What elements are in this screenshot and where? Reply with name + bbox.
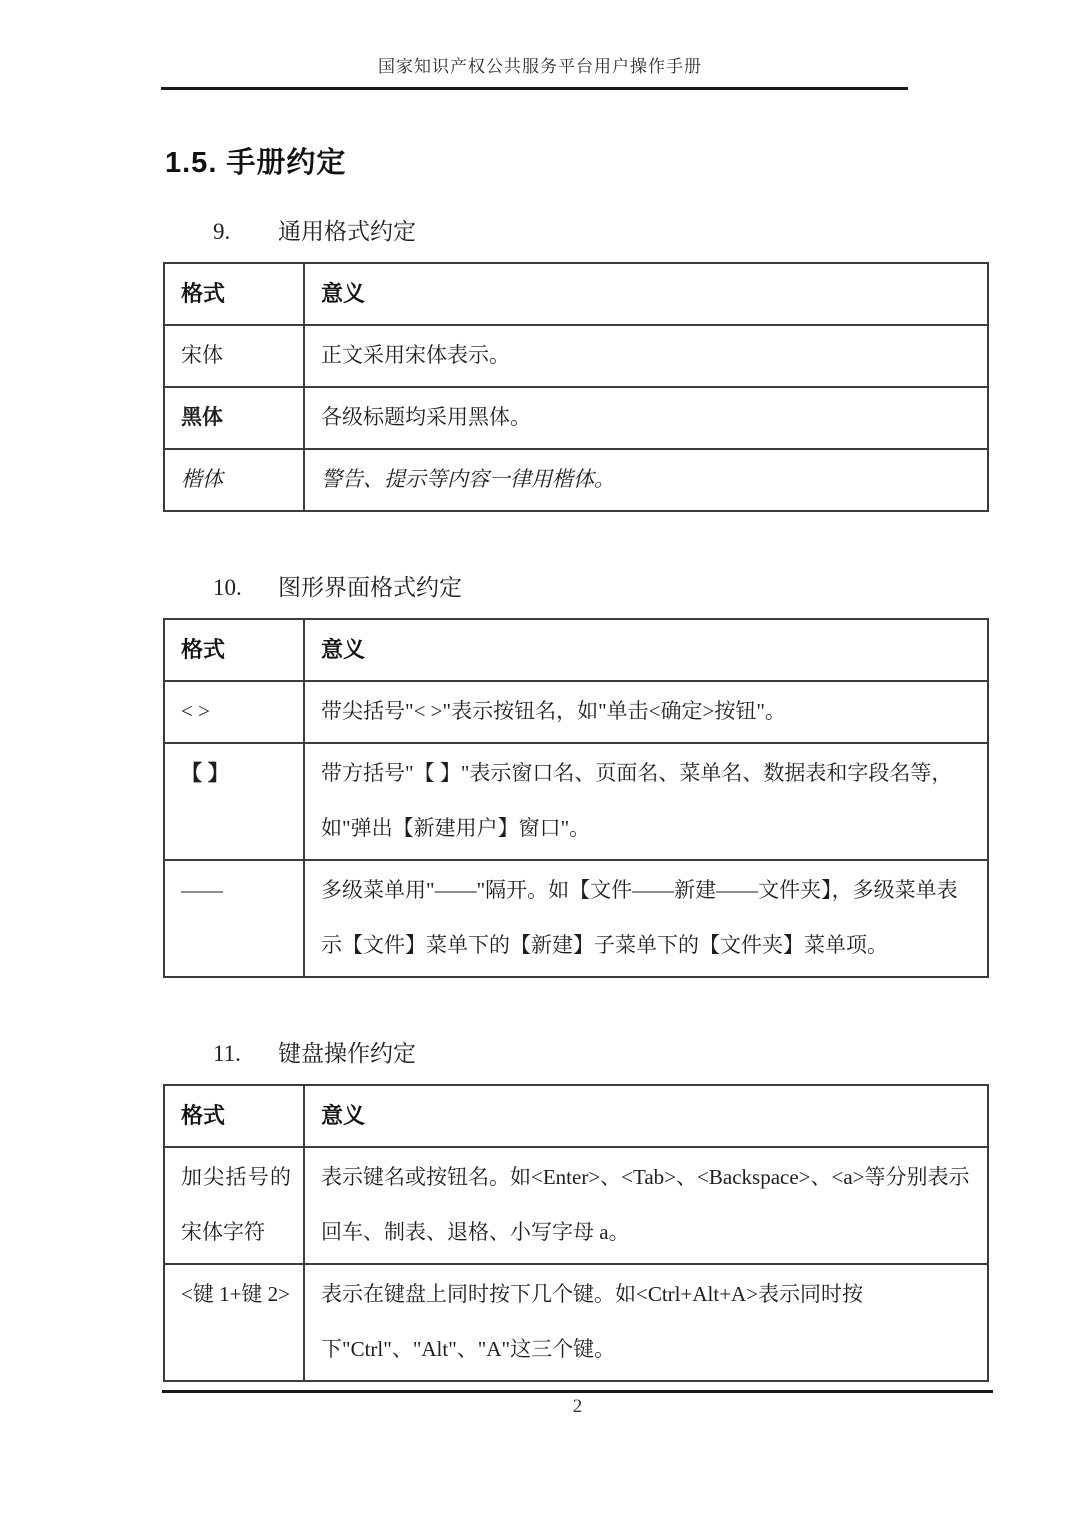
subsection-heading-general-format: 9.通用格式约定: [213, 213, 989, 246]
meaning-cell: 警告、提示等内容一律用楷体。: [304, 449, 988, 511]
format-cell: 楷体: [164, 449, 304, 511]
page-footer: 2: [162, 1390, 993, 1418]
subsection-heading-gui-format: 10.图形界面格式约定: [213, 569, 989, 602]
format-cell: <键 1+键 2>: [164, 1264, 304, 1381]
column-header-format: 格式: [164, 1085, 304, 1147]
page-number: 2: [573, 1396, 583, 1418]
column-header-format: 格式: [164, 619, 304, 681]
meaning-cell: 表示在键盘上同时按下几个键。如<Ctrl+Alt+A>表示同时按下"Ctrl"、…: [304, 1264, 988, 1381]
format-cell: 加尖括号的宋体字符: [164, 1147, 304, 1264]
format-cell: 宋体: [164, 325, 304, 387]
table-row: <键 1+键 2> 表示在键盘上同时按下几个键。如<Ctrl+Alt+A>表示同…: [164, 1264, 988, 1381]
subsection-number: 10.: [213, 575, 278, 601]
subsection-title: 通用格式约定: [278, 218, 416, 244]
meaning-cell: 各级标题均采用黑体。: [304, 387, 988, 449]
page-header: 国家知识产权公共服务平台用户操作手册: [0, 0, 1080, 90]
subsection-heading-keyboard: 11.键盘操作约定: [213, 1035, 989, 1068]
document-page: 国家知识产权公共服务平台用户操作手册 1.5. 手册约定 9.通用格式约定 格式…: [0, 0, 1080, 1527]
format-cell: ——: [164, 860, 304, 977]
meaning-cell: 带方括号"【 】"表示窗口名、页面名、菜单名、数据表和字段名等，如"弹出【新建用…: [304, 743, 988, 860]
header-title: 国家知识产权公共服务平台用户操作手册: [0, 52, 1080, 77]
gui-format-table: 格式 意义 < > 带尖括号"< >"表示按钮名，如"单击<确定>按钮"。 【 …: [163, 618, 989, 978]
subsection-number: 9.: [213, 219, 278, 245]
column-header-format: 格式: [164, 263, 304, 325]
column-header-meaning: 意义: [304, 263, 988, 325]
meaning-cell: 多级菜单用"——"隔开。如【文件——新建——文件夹】，多级菜单表示【文件】菜单下…: [304, 860, 988, 977]
meaning-cell: 正文采用宋体表示。: [304, 325, 988, 387]
page-content: 1.5. 手册约定 9.通用格式约定 格式 意义 宋体 正文采用宋体表示。 黑体…: [163, 140, 989, 1382]
subsection-number: 11.: [213, 1041, 278, 1067]
format-cell: 【 】: [164, 743, 304, 860]
section-title: 1.5. 手册约定: [165, 140, 989, 181]
table-row: < > 带尖括号"< >"表示按钮名，如"单击<确定>按钮"。: [164, 681, 988, 743]
format-cell: 黑体: [164, 387, 304, 449]
meaning-cell: 带尖括号"< >"表示按钮名，如"单击<确定>按钮"。: [304, 681, 988, 743]
table-row: 黑体 各级标题均采用黑体。: [164, 387, 988, 449]
header-rule: [161, 87, 908, 90]
table-row: 宋体 正文采用宋体表示。: [164, 325, 988, 387]
table-header-row: 格式 意义: [164, 619, 988, 681]
table-row: 楷体 警告、提示等内容一律用楷体。: [164, 449, 988, 511]
table-row: —— 多级菜单用"——"隔开。如【文件——新建——文件夹】，多级菜单表示【文件】…: [164, 860, 988, 977]
meaning-cell: 表示键名或按钮名。如<Enter>、<Tab>、<Backspace>、<a>等…: [304, 1147, 988, 1264]
subsection-title: 键盘操作约定: [278, 1040, 416, 1066]
subsection-title: 图形界面格式约定: [278, 574, 462, 600]
column-header-meaning: 意义: [304, 1085, 988, 1147]
general-format-table: 格式 意义 宋体 正文采用宋体表示。 黑体 各级标题均采用黑体。 楷体 警告、提…: [163, 262, 989, 512]
table-row: 加尖括号的宋体字符 表示键名或按钮名。如<Enter>、<Tab>、<Backs…: [164, 1147, 988, 1264]
format-cell: < >: [164, 681, 304, 743]
table-row: 【 】 带方括号"【 】"表示窗口名、页面名、菜单名、数据表和字段名等，如"弹出…: [164, 743, 988, 860]
column-header-meaning: 意义: [304, 619, 988, 681]
table-header-row: 格式 意义: [164, 1085, 988, 1147]
table-header-row: 格式 意义: [164, 263, 988, 325]
keyboard-format-table: 格式 意义 加尖括号的宋体字符 表示键名或按钮名。如<Enter>、<Tab>、…: [163, 1084, 989, 1382]
